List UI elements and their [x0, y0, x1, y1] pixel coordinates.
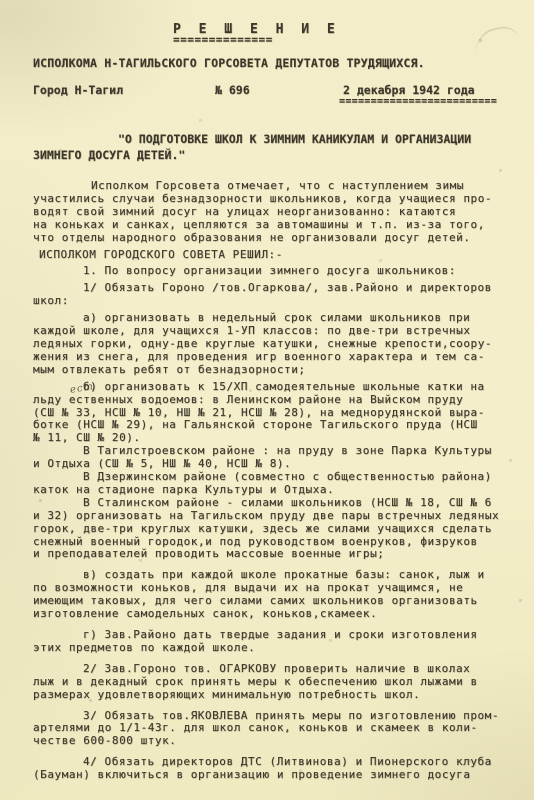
- title-underline: ==============: [173, 35, 520, 45]
- typed-line: этих предметов по каждой школе.: [33, 642, 520, 655]
- paragraph: а) организовать в недельный срок силами …: [33, 312, 520, 377]
- typed-line: 1/ Обязать Гороно /тов.Огаркова/, зав.Ра…: [33, 282, 520, 295]
- paragraph: 4/ Обязать директоров ДТС (Литвинова) и …: [33, 756, 520, 782]
- city-label: Город Н-Тагил: [33, 83, 123, 97]
- typed-line: честве 600-800 штук.: [33, 735, 520, 748]
- typed-line: горок, две-три круглых катушки, здесь же…: [33, 523, 520, 536]
- typed-line: лыж и в декадный срок принять меры к обе…: [33, 676, 520, 689]
- paragraph: 1. По вопросу организации зимнего досуга…: [33, 265, 520, 278]
- typed-line: б) организовать к 15/ХП самодеятельные ш…: [33, 381, 520, 394]
- typed-line: жения из снега, для проведения игр военн…: [33, 351, 520, 364]
- date-underline: =========================: [339, 96, 497, 107]
- typed-line: (Бауман) включиться в организацию и пров…: [33, 769, 520, 782]
- typed-line: и 32) организовать на Тагильском пруду д…: [33, 510, 520, 523]
- typed-line: и преподавателей проводить массовые воен…: [33, 548, 520, 561]
- typed-line: размерах удовлетворяющих минимальную пот…: [33, 689, 520, 702]
- typed-line: ледяных горки, одну-две круглые катушки,…: [33, 338, 520, 351]
- document-body: Исполком Горсовета отмечает, что с насту…: [33, 180, 520, 782]
- scanned-document-page: Р Е Ш Е Н И Е ============== ИСПОЛКОМА Н…: [0, 0, 534, 800]
- typed-line: 1. По вопросу организации зимнего досуга…: [33, 265, 520, 278]
- typed-line: г) Зав.Районо дать твердые задания и сро…: [33, 629, 520, 642]
- typed-line: каток на стадионе парка Культуры и Отдых…: [33, 484, 520, 497]
- typed-line: 2/ Зав.Гороно тов. ОГАРКОВУ проверить на…: [33, 663, 520, 676]
- subject-heading: "О ПОДГОТОВКЕ ШКОЛ К ЗИМНИМ КАНИКУЛАМ И …: [33, 131, 520, 163]
- paragraph: 2/ Зав.Гороно тов. ОГАРКОВУ проверить на…: [33, 663, 520, 702]
- paragraph: В Дзержинском районе (совместно с общест…: [33, 471, 520, 497]
- typed-line: В Дзержинском районе (совместно с общест…: [33, 471, 520, 484]
- subject-line-1: "О ПОДГОТОВКЕ ШКОЛ К ЗИМНИМ КАНИКУЛАМ И …: [33, 131, 520, 147]
- paragraph: б) организовать к 15/ХП самодеятельные ш…: [33, 381, 520, 446]
- typed-line: изготовление самодельных санок, коньков,…: [33, 608, 520, 621]
- document-meta-row: Город Н-Тагил № 696 2 декабря 1942 года …: [33, 83, 520, 117]
- issuing-body-line: ИСПОЛКОМА Н-ТАГИЛЬСКОГО ГОРСОВЕТА ДЕПУТА…: [33, 56, 520, 70]
- typed-line: водят свой зимний досуг на улицах неорга…: [33, 206, 520, 219]
- paragraph: 1/ Обязать Гороно /тов.Огаркова/, зав.Ра…: [33, 282, 520, 308]
- paragraph: Исполком Горсовета отмечает, что с насту…: [33, 180, 520, 245]
- paragraph: В Тагилстроевском районе : на пруду в зо…: [33, 445, 520, 471]
- typed-line: на коньках и санках, цепляются за автома…: [33, 219, 520, 232]
- subject-line-2: ЗИМНЕГО ДОСУГА ДЕТЕЙ.": [33, 147, 520, 163]
- paper-speckles: [0, 0, 1, 1]
- paragraph: 3/ Обязать тов.ЯКОВЛЕВА принять меры по …: [33, 710, 520, 749]
- document-number: № 696: [215, 83, 250, 97]
- typed-line: мым отвлекать ребят от безнадзорности;: [33, 364, 520, 377]
- paragraph: г) Зав.Районо дать твердые задания и сро…: [33, 629, 520, 655]
- typed-line: что отделы народного образования не орга…: [33, 232, 520, 245]
- paragraph: ИСПОЛКОМ ГОРОДСКОГО СОВЕТА РЕШИЛ:-: [39, 249, 520, 262]
- document-date: 2 декабря 1942 года: [343, 83, 475, 97]
- typed-line: школ:: [33, 295, 520, 308]
- typed-line: льду ественных водоемов: в Ленинском рай…: [33, 394, 520, 407]
- typed-line: участились случаи безнадзорности школьни…: [33, 193, 520, 206]
- paragraph: в) создать при каждой школе прокатные ба…: [33, 569, 520, 621]
- typed-line: Исполком Горсовета отмечает, что с насту…: [33, 180, 520, 193]
- paragraph: В Сталинском районе - силами школьников …: [33, 497, 520, 562]
- document-header: Р Е Ш Е Н И Е ============== ИСПОЛКОМА Н…: [33, 22, 520, 117]
- typed-line: ИСПОЛКОМ ГОРОДСКОГО СОВЕТА РЕШИЛ:-: [39, 249, 520, 262]
- typed-line: В Сталинском районе - силами школьников …: [33, 497, 520, 510]
